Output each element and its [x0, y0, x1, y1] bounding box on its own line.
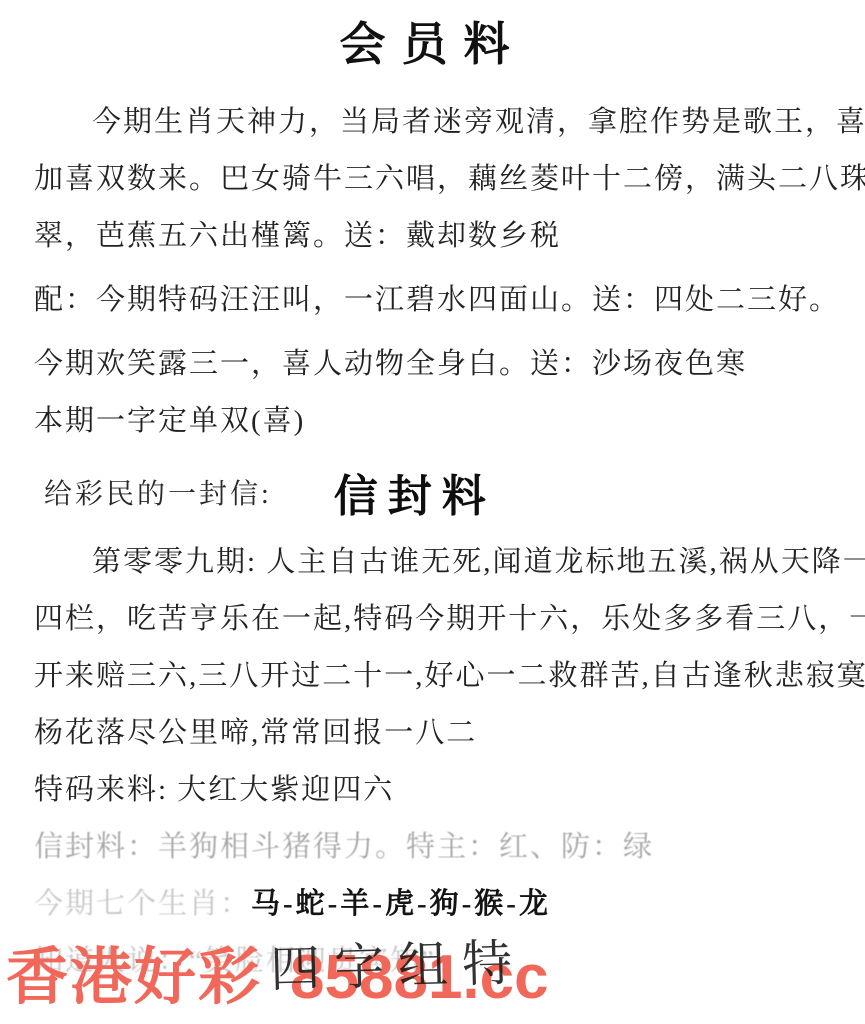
- envelope-header: 给彩民的一封信: 信封料: [0, 450, 865, 530]
- page-title: 会员料: [0, 0, 865, 74]
- member-huanxiao-line: 今期欢笑露三一，喜人动物全身白。送：沙场夜色寒: [34, 336, 837, 393]
- envelope-paragraph-line: 开来赔三六,三八开过二十一,好心一二救群苦,自古逢秋悲寂寞: [34, 648, 837, 705]
- xinfeng-faded-line: 信封料：羊狗相斗猪得力。特主：红、防：绿: [34, 819, 837, 876]
- watermark-site-name: 香港好彩: [6, 943, 262, 1012]
- envelope-paragraph-line: 杨花落尽公里啼,常常回报一八二: [34, 705, 837, 762]
- envelope-section: 第零零九期: 人主自古谁无死,闻道龙标地五溪,祸从天降一 四栏，吃苦亨乐在一起,…: [0, 530, 865, 990]
- member-danshuang-line: 本期一字定单双(喜): [34, 393, 837, 450]
- site-watermark: 香港好彩85881.cc 四字组特: [6, 938, 846, 1016]
- handwritten-overlay: 四字组特: [269, 923, 527, 1002]
- member-paragraph-line: 今期生肖天神力，当局者迷旁观清，拿腔作势是歌王，喜上: [34, 94, 837, 151]
- member-paragraph-line: 翠，芭蕉五六出槿篱。送：戴却数乡税: [34, 208, 837, 265]
- envelope-paragraph-line: 四栏，吃苦亨乐在一起,特码今期开十六，乐处多多看三八，一七: [34, 591, 837, 648]
- member-section: 今期生肖天神力，当局者迷旁观清，拿腔作势是歌王，喜上 加喜双数来。巴女骑牛三六唱…: [0, 74, 865, 450]
- envelope-heading: 信封料: [334, 460, 496, 524]
- zodiac-list: 马-蛇-羊-虎-狗-猴-龙: [251, 888, 551, 920]
- member-pei-line: 配：今期特码汪汪叫，一江碧水四面山。送：四处二三好。: [34, 272, 837, 329]
- envelope-intro-label: 给彩民的一封信:: [44, 472, 272, 512]
- document-page: 会员料 今期生肖天神力，当局者迷旁观清，拿腔作势是歌王，喜上 加喜双数来。巴女骑…: [0, 0, 865, 1024]
- member-paragraph-line: 加喜双数来。巴女骑牛三六唱，藕丝菱叶十二傍，满头二八珠间: [34, 151, 837, 208]
- envelope-paragraph-line: 第零零九期: 人主自古谁无死,闻道龙标地五溪,祸从天降一: [34, 534, 837, 591]
- zodiac-line-prefix: 今期七个生肖：: [34, 888, 251, 920]
- tema-line: 特码来料: 大红大紫迎四六: [34, 762, 837, 819]
